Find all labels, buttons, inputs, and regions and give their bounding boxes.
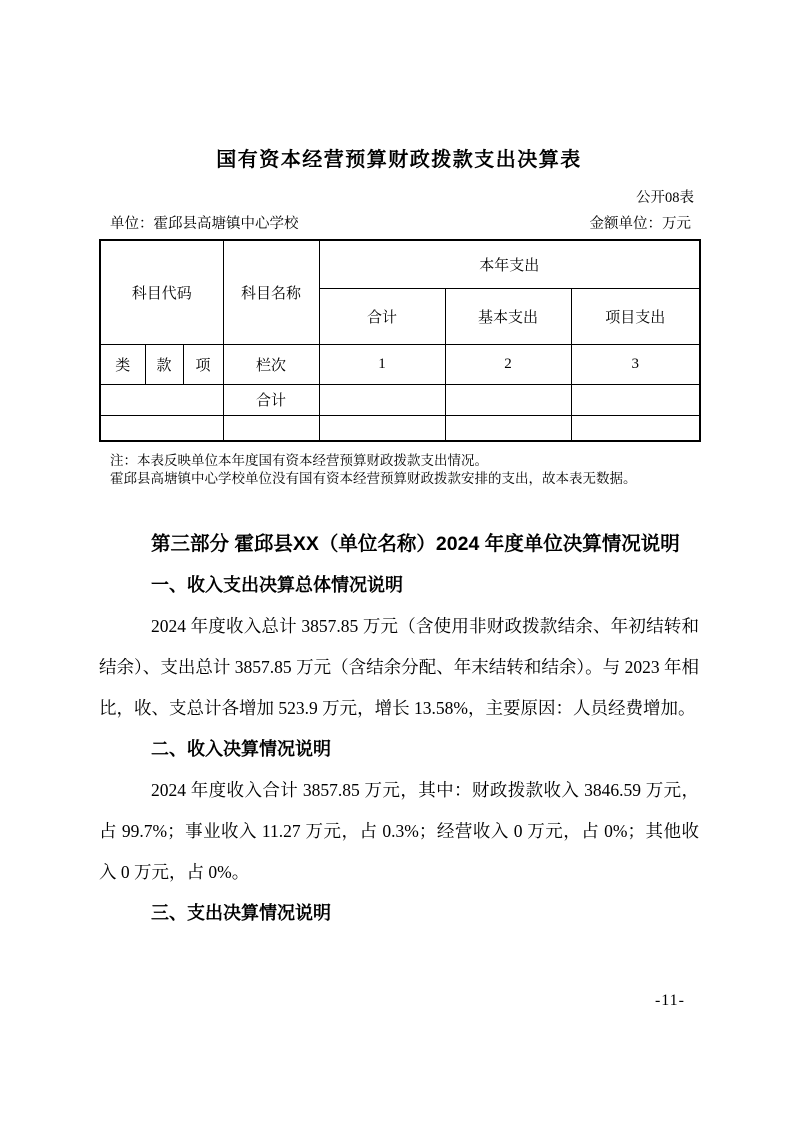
index-cell-col3: 3 xyxy=(571,344,700,384)
index-cell-col2: 2 xyxy=(445,344,571,384)
note-line-1: 注：本表反映单位本年度国有资本经营预算财政拨款支出情况。 xyxy=(110,452,699,470)
blank-row-total-cell xyxy=(319,415,445,441)
index-cell-xiang: 项 xyxy=(183,344,223,384)
table-meta-row: 单位：霍邱县高塘镇中心学校 金额单位：万元 xyxy=(99,215,699,233)
unit-label: 单位：霍邱县高塘镇中心学校 xyxy=(110,215,299,233)
page-number: -11- xyxy=(655,992,685,1010)
document-page: 国有资本经营预算财政拨款支出决算表 公开08表 单位：霍邱县高塘镇中心学校 金额… xyxy=(0,0,793,1122)
header-cell-total: 合计 xyxy=(319,288,445,344)
narrative-section: 第三部分 霍邱县XX（单位名称）2024 年度单位决算情况说明 一、收入支出决算… xyxy=(99,524,699,934)
header-cell-basic-expense: 基本支出 xyxy=(445,288,571,344)
part3-heading: 第三部分 霍邱县XX（单位名称）2024 年度单位决算情况说明 xyxy=(99,524,699,565)
total-row-basic-cell xyxy=(445,384,571,415)
table-header-row-1: 科目代码 科目名称 本年支出 xyxy=(100,240,700,288)
total-row-project-cell xyxy=(571,384,700,415)
index-cell-lei: 类 xyxy=(100,344,145,384)
index-cell-lanci: 栏次 xyxy=(223,344,319,384)
table-index-row: 类 款 项 栏次 1 2 3 xyxy=(100,344,700,384)
section2-heading: 二、收入决算情况说明 xyxy=(99,729,699,770)
total-row-name-cell: 合计 xyxy=(223,384,319,415)
section2-paragraph: 2024 年度收入合计 3857.85 万元，其中：财政拨款收入 3846.59… xyxy=(99,770,699,893)
total-row-total-cell xyxy=(319,384,445,415)
table-notes: 注：本表反映单位本年度国有资本经营预算财政拨款支出情况。 霍邱县高塘镇中心学校单… xyxy=(99,452,699,488)
section1-paragraph: 2024 年度收入总计 3857.85 万元（含使用非财政拨款结余、年初结转和结… xyxy=(99,606,699,729)
index-cell-kuan: 款 xyxy=(145,344,183,384)
amount-unit-label: 金额单位：万元 xyxy=(590,215,692,233)
blank-row-code-cell xyxy=(100,415,223,441)
section1-heading: 一、收入支出决算总体情况说明 xyxy=(99,565,699,606)
note-line-2: 霍邱县高塘镇中心学校单位没有国有资本经营预算财政拨款安排的支出，故本表无数据。 xyxy=(110,470,699,488)
table-row-blank xyxy=(100,415,700,441)
header-cell-subject-code: 科目代码 xyxy=(100,240,223,344)
document-content: 国有资本经营预算财政拨款支出决算表 公开08表 单位：霍邱县高塘镇中心学校 金额… xyxy=(99,0,699,934)
table-code-label: 公开08表 xyxy=(99,190,699,207)
blank-row-project-cell xyxy=(571,415,700,441)
table-row-total: 合计 xyxy=(100,384,700,415)
header-cell-year-expense: 本年支出 xyxy=(319,240,700,288)
total-row-code-cell xyxy=(100,384,223,415)
header-cell-project-expense: 项目支出 xyxy=(571,288,700,344)
index-cell-col1: 1 xyxy=(319,344,445,384)
blank-row-name-cell xyxy=(223,415,319,441)
blank-row-basic-cell xyxy=(445,415,571,441)
header-cell-subject-name: 科目名称 xyxy=(223,240,319,344)
budget-expenditure-table: 科目代码 科目名称 本年支出 合计 基本支出 项目支出 类 款 项 栏次 1 2… xyxy=(99,239,701,442)
section3-heading: 三、支出决算情况说明 xyxy=(99,893,699,934)
document-title: 国有资本经营预算财政拨款支出决算表 xyxy=(99,149,699,172)
